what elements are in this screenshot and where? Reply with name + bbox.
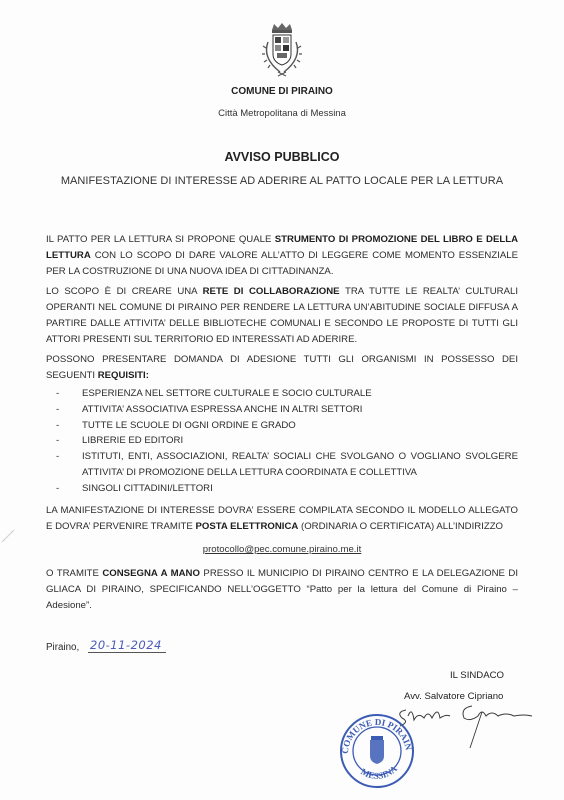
notice-title: AVVISO PUBBLICO — [0, 150, 564, 164]
requirements-list: ESPERIENZA NEL SETTORE CULTURALE E SOCIO… — [46, 386, 518, 497]
list-item: TUTTE LE SCUOLE DI OGNI ORDINE E GRADO — [46, 418, 518, 434]
text: O TRAMITE — [46, 568, 102, 579]
text: IL PATTO PER LA LETTURA SI PROPONE QUALE — [46, 234, 275, 245]
paragraph-submission: LA MANIFESTAZIONE DI INTERESSE DOVRA’ ES… — [46, 503, 518, 535]
emphasis: REQUISITI: — [98, 370, 149, 381]
text: (ORDINARIA O CERTIFICATA) ALL’INDIRIZZO — [298, 521, 503, 532]
scan-mark — [0, 520, 20, 550]
paragraph-purpose: IL PATTO PER LA LETTURA SI PROPONE QUALE… — [46, 232, 518, 280]
signer-role: IL SINDACO — [450, 670, 504, 681]
text: LO SCOPO È DI CREARE UNA — [46, 286, 203, 297]
stamp-text-bottom: MESSINA — [359, 763, 399, 781]
municipality-subtitle: Città Metropolitana di Messina — [0, 108, 564, 119]
municipality-name: COMUNE DI PIRAINO — [0, 86, 564, 97]
text: CON LO SCOPO DI DARE VALORE ALL’ATTO DI … — [46, 250, 518, 277]
signature-icon — [394, 696, 554, 756]
email-link[interactable]: protocollo@pec.comune.piraino.me.it — [0, 544, 564, 555]
place-label: Piraino, — [46, 642, 79, 653]
paragraph-hand-delivery: O TRAMITE CONSEGNA A MANO PRESSO IL MUNI… — [46, 566, 518, 614]
emphasis: RETE DI COLLABORAZIONE — [203, 286, 340, 297]
document-page: COMUNE DI PIRAINO Città Metropolitana di… — [0, 0, 564, 800]
list-item: ISTITUTI, ENTI, ASSOCIAZIONI, REALTA’ SO… — [46, 449, 518, 481]
handwritten-date: 20-11-2024 — [88, 638, 166, 653]
list-item: ATTIVITA’ ASSOCIATIVA ESPRESSA ANCHE IN … — [46, 402, 518, 418]
emphasis: CONSEGNA A MANO — [102, 568, 200, 579]
coat-of-arms-icon — [256, 20, 308, 84]
emphasis: POSTA ELETTRONICA — [195, 521, 298, 532]
paragraph-eligibility: POSSONO PRESENTARE DOMANDA DI ADESIONE T… — [46, 352, 518, 384]
list-item: ESPERIENZA NEL SETTORE CULTURALE E SOCIO… — [46, 386, 518, 402]
official-stamp-icon: COMUNE DI PIRAINO MESSINA — [338, 710, 416, 792]
paragraph-network: LO SCOPO È DI CREARE UNA RETE DI COLLABO… — [46, 284, 518, 348]
list-item: SINGOLI CITTADINI/LETTORI — [46, 481, 518, 497]
notice-subject: MANIFESTAZIONE DI INTERESSE AD ADERIRE A… — [0, 175, 564, 187]
list-item: LIBRERIE ED EDITORI — [46, 433, 518, 449]
svg-text:MESSINA: MESSINA — [359, 763, 399, 781]
